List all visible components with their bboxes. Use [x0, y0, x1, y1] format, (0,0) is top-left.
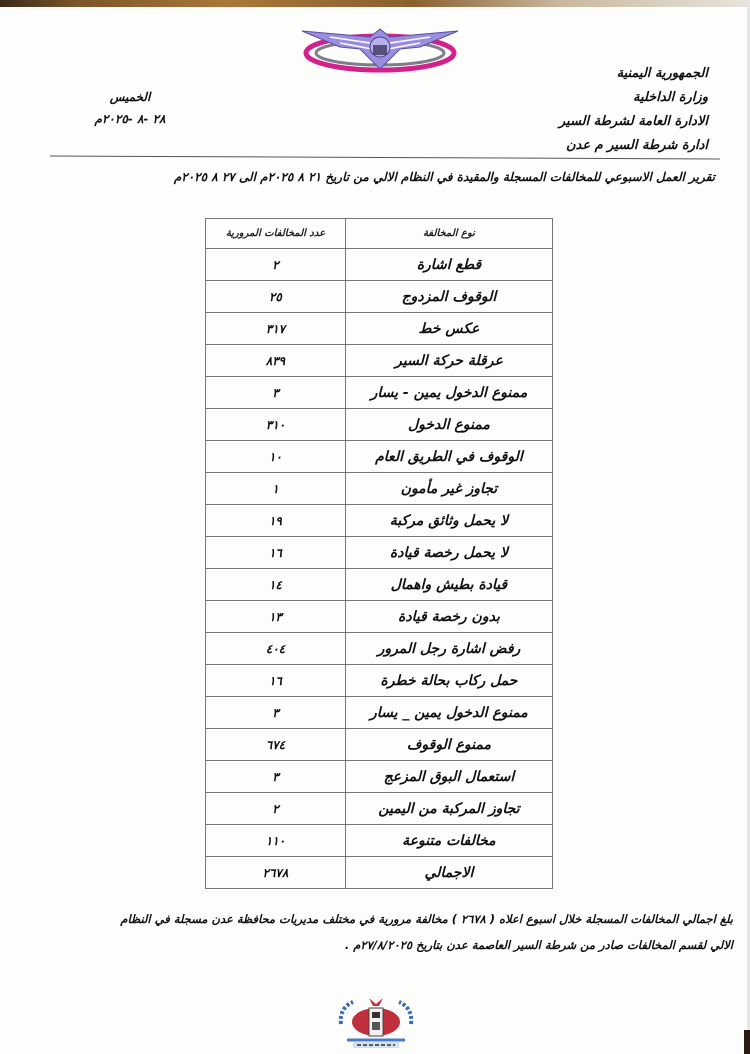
- header-violation-type: نوع المخالفة: [345, 219, 552, 249]
- table-row: استعمال البوق المزعج٣: [206, 761, 553, 793]
- violation-type: ممنوع الوقوف: [345, 729, 552, 761]
- violation-count: ٣: [206, 697, 346, 729]
- violation-count: ١١٠: [206, 825, 346, 857]
- violation-count: ١٦: [206, 665, 346, 697]
- table-total-row: الاجمالي٢٦٧٨: [206, 857, 553, 889]
- violation-count: ١٤: [206, 569, 346, 601]
- violation-type: حمل ركاب بحالة خطرة: [345, 665, 552, 697]
- violation-count: ٤٠٤: [206, 633, 346, 665]
- violation-type: استعمال البوق المزعج: [345, 761, 552, 793]
- traffic-police-logo-icon: [333, 994, 419, 1052]
- scan-top-edge: [0, 0, 750, 7]
- violation-count: ٣: [206, 761, 346, 793]
- violation-count: ٣١٠: [206, 409, 346, 441]
- date-label: ٢٨ -٨ -٢٠٢٥م: [70, 108, 190, 130]
- violation-type: ممنوع الدخول يمين _ يسار: [345, 697, 552, 729]
- violation-type: الوقوف في الطريق العام: [345, 441, 552, 473]
- table-row: لا يحمل وثائق مركبة١٩: [206, 505, 553, 537]
- table-row: حمل ركاب بحالة خطرة١٦: [206, 665, 553, 697]
- violation-type: قطع اشارة: [345, 249, 552, 281]
- header-line-directorate: الادارة العامة لشرطة السير: [478, 110, 708, 134]
- violation-type: رفض اشارة رجل المرور: [345, 633, 552, 665]
- table-row: رفض اشارة رجل المرور٤٠٤: [206, 633, 553, 665]
- violation-count: ١٦: [206, 537, 346, 569]
- table-row: تجاوز غير مأمون١: [206, 473, 553, 505]
- violation-type: ممنوع الدخول: [345, 409, 552, 441]
- violation-type: عرقلة حركة السير: [345, 345, 552, 377]
- yemen-eagle-emblem-icon: [300, 25, 460, 75]
- violation-type: تجاوز المركبة من اليمين: [345, 793, 552, 825]
- table-row: مخالفات متنوعة١١٠: [206, 825, 553, 857]
- table-row: قيادة بطيش واهمال١٤: [206, 569, 553, 601]
- date-block: الخميس ٢٨ -٨ -٢٠٢٥م: [70, 86, 190, 130]
- header-violation-count: عدد المخالفات المرورية: [206, 219, 346, 249]
- total-count: ٢٦٧٨: [206, 857, 346, 889]
- table-row: ممنوع الوقوف٦٧٤: [206, 729, 553, 761]
- violation-count: ٨٣٩: [206, 345, 346, 377]
- violation-count: ٢: [206, 249, 346, 281]
- total-label: الاجمالي: [345, 857, 552, 889]
- header-line-republic: الجمهورية اليمنية: [478, 62, 708, 86]
- violation-type: مخالفات متنوعة: [345, 825, 552, 857]
- violation-count: ٣: [206, 377, 346, 409]
- violation-type: الوقوف المزدوج: [345, 281, 552, 313]
- table-row: ممنوع الدخول يمين - يسار٣: [206, 377, 553, 409]
- violation-count: ١٣: [206, 601, 346, 633]
- table-row: بدون رخصة قيادة١٣: [206, 601, 553, 633]
- table-row: عكس خط٣١٧: [206, 313, 553, 345]
- violation-count: ٢: [206, 793, 346, 825]
- violation-type: تجاوز غير مأمون: [345, 473, 552, 505]
- violation-type: عكس خط: [345, 313, 552, 345]
- violation-type: لا يحمل وثائق مركبة: [345, 505, 552, 537]
- table-row: قطع اشارة٢: [206, 249, 553, 281]
- violation-count: ٦٧٤: [206, 729, 346, 761]
- summary-paragraph: بلغ اجمالي المخالفات المسجلة خلال اسبوع …: [58, 906, 733, 958]
- table-row: ممنوع الدخول٣١٠: [206, 409, 553, 441]
- violation-type: ممنوع الدخول يمين - يسار: [345, 377, 552, 409]
- report-title: تقرير العمل الاسبوعي للمخالفات المسجلة و…: [75, 170, 715, 184]
- table-header-row: نوع المخالفة عدد المخالفات المرورية: [206, 219, 553, 249]
- violation-count: ١٠: [206, 441, 346, 473]
- violation-type: لا يحمل رخصة قيادة: [345, 537, 552, 569]
- violation-count: ١: [206, 473, 346, 505]
- table-row: الوقوف المزدوج٢٥: [206, 281, 553, 313]
- violation-type: قيادة بطيش واهمال: [345, 569, 552, 601]
- day-label: الخميس: [70, 86, 190, 108]
- table-row: تجاوز المركبة من اليمين٢: [206, 793, 553, 825]
- table-row: عرقلة حركة السير٨٣٩: [206, 345, 553, 377]
- header-line-department: ادارة شرطة السير م عدن: [478, 134, 708, 158]
- table-row: ممنوع الدخول يمين _ يسار٣: [206, 697, 553, 729]
- summary-line-1: بلغ اجمالي المخالفات المسجلة خلال اسبوع …: [58, 906, 733, 932]
- violation-count: ٣١٧: [206, 313, 346, 345]
- table-row: الوقوف في الطريق العام١٠: [206, 441, 553, 473]
- header-line-ministry: وزارة الداخلية: [478, 86, 708, 110]
- issuing-authority-block: الجمهورية اليمنية وزارة الداخلية الادارة…: [478, 62, 708, 158]
- scan-corner-shadow: [744, 1030, 750, 1054]
- violations-table: نوع المخالفة عدد المخالفات المرورية قطع …: [205, 218, 553, 889]
- violation-count: ١٩: [206, 505, 346, 537]
- summary-line-2: الالي لقسم المخالفات صادر من شرطة السير …: [58, 932, 733, 958]
- table-row: لا يحمل رخصة قيادة١٦: [206, 537, 553, 569]
- violation-type: بدون رخصة قيادة: [345, 601, 552, 633]
- violation-count: ٢٥: [206, 281, 346, 313]
